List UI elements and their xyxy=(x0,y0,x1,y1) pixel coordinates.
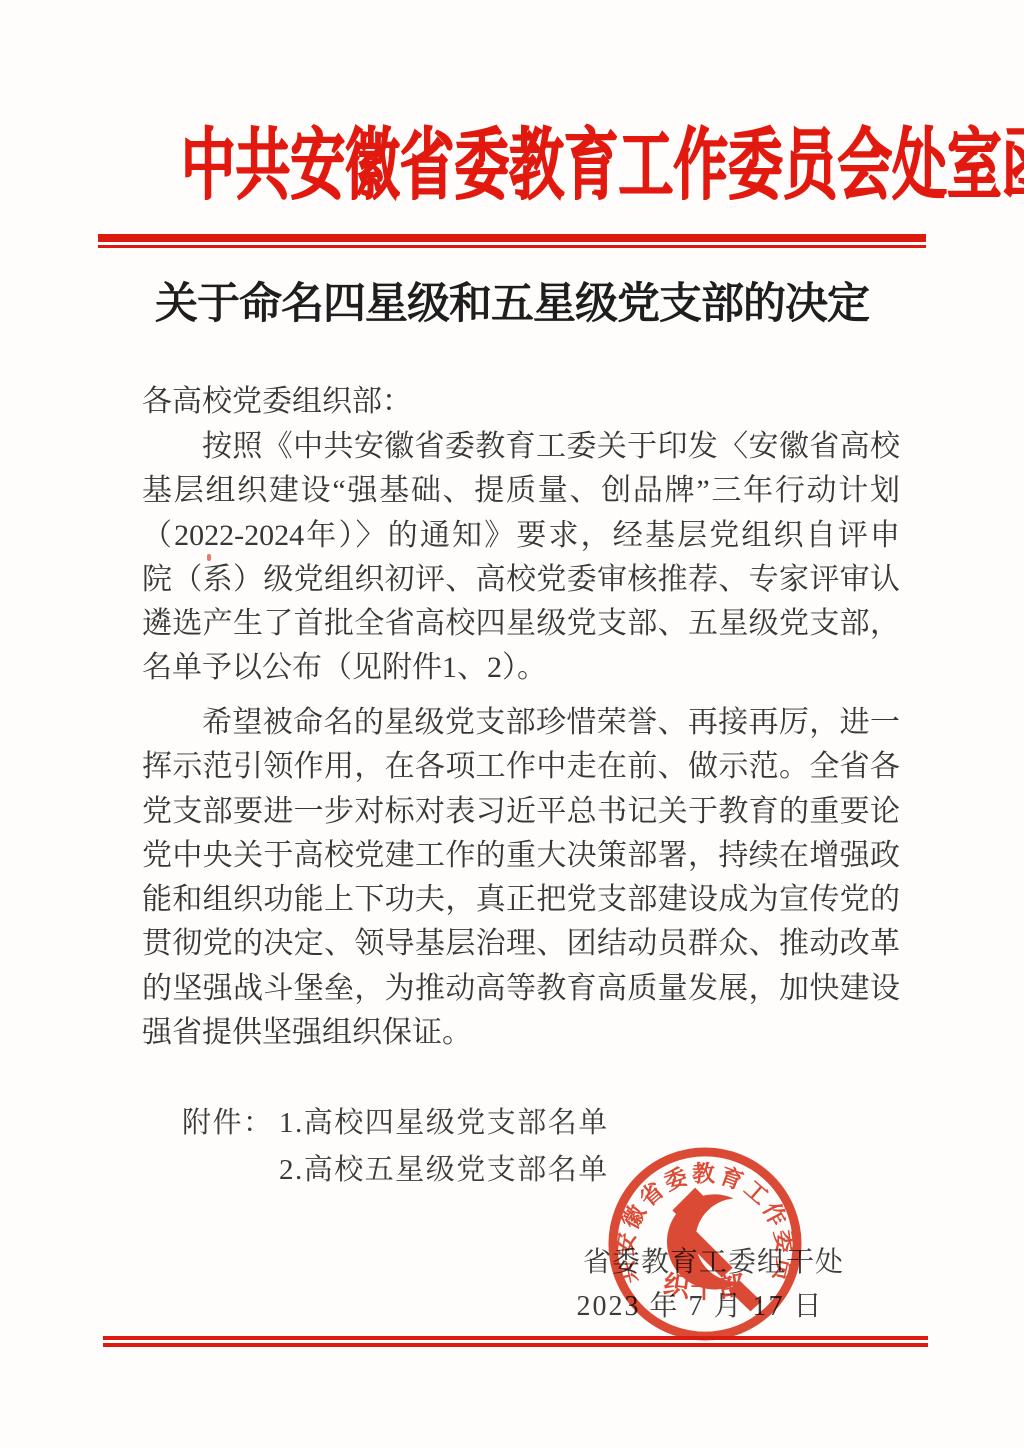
document-title: 关于命名四星级和五星级党支部的决定 xyxy=(0,270,1024,331)
body-line: 希望被命名的星级党支部珍惜荣誉、再接再厉，进一步发 xyxy=(142,701,900,745)
body-line: 遴选产生了首批全省高校四星级党支部、五星级党支部，现将 xyxy=(142,602,900,646)
official-seal: 中共安徽省委教育工作委员会 组织干部处 xyxy=(606,1145,804,1343)
body-line: 按照《中共安徽省委教育工委关于印发〈安徽省高校党的 xyxy=(142,425,900,469)
body-line: 党中央关于高校党建工作的重大决策部署，持续在增强政治功 xyxy=(142,834,900,878)
letterhead-title-text: 中共安徽省委教育工作委员会处室函件 xyxy=(181,125,1024,207)
paragraph-1: 按照《中共安徽省委教育工委关于印发〈安徽省高校党的 基层组织建设“强基础、提质量… xyxy=(142,425,900,691)
body-line: 能和组织功能上下功夫，真正把党支部建设成为宣传党的主张、 xyxy=(142,878,900,922)
body-line: 党支部要进一步对标对表习近平总书记关于教育的重要论述和 xyxy=(142,790,900,834)
attachment-item-2: 2.高校五星级党支部名单 xyxy=(279,1154,609,1186)
body-line: 贯彻党的决定、领导基层治理、团结动员群众、推动改革发展 xyxy=(142,922,900,966)
letterhead-rule-thin xyxy=(98,245,926,248)
letterhead-title: 中共安徽省委教育工作委员会处室函件 xyxy=(0,126,1024,206)
salutation: 各高校党委组织部： xyxy=(142,380,412,424)
document-page: 中共安徽省委教育工作委员会处室函件 关于命名四星级和五星级党支部的决定 各高校党… xyxy=(0,0,1024,1448)
body-line: （2022-2024年）〉的通知》要求，经基层党组织自评申报、 xyxy=(142,514,900,558)
attachments-label: 附件： xyxy=(182,1100,279,1147)
ink-speck xyxy=(207,554,211,561)
attachments-block: 附件：1.高校四星级党支部名单 2.高校五星级党支部名单 xyxy=(182,1100,609,1194)
attachment-item-1: 1.高校四星级党支部名单 xyxy=(279,1107,609,1139)
footer-rule-lower xyxy=(103,1343,928,1347)
attachment-row-2: 2.高校五星级党支部名单 xyxy=(182,1147,609,1194)
letterhead-rule-thick xyxy=(98,234,926,242)
attachment-row-1: 附件：1.高校四星级党支部名单 xyxy=(182,1100,609,1147)
paragraph-2: 希望被命名的星级党支部珍惜荣誉、再接再厉，进一步发 挥示范引领作用，在各项工作中… xyxy=(142,701,900,1055)
body-line: 基层组织建设“强基础、提质量、创品牌”三年行动计划 xyxy=(142,469,900,513)
body-line: 名单予以公布（见附件1、2）。 xyxy=(142,646,900,690)
body-line: 的坚强战斗堡垒，为推动高等教育高质量发展，加快建设教育 xyxy=(142,967,900,1011)
body-line: 院（系）级党组织初评、高校党委审核推荐、专家评审认定， xyxy=(142,558,900,602)
body-line: 强省提供坚强组织保证。 xyxy=(142,1011,900,1055)
footer-rule-upper xyxy=(103,1336,928,1340)
body-line: 挥示范引领作用，在各项工作中走在前、做示范。全省各高校 xyxy=(142,745,900,789)
